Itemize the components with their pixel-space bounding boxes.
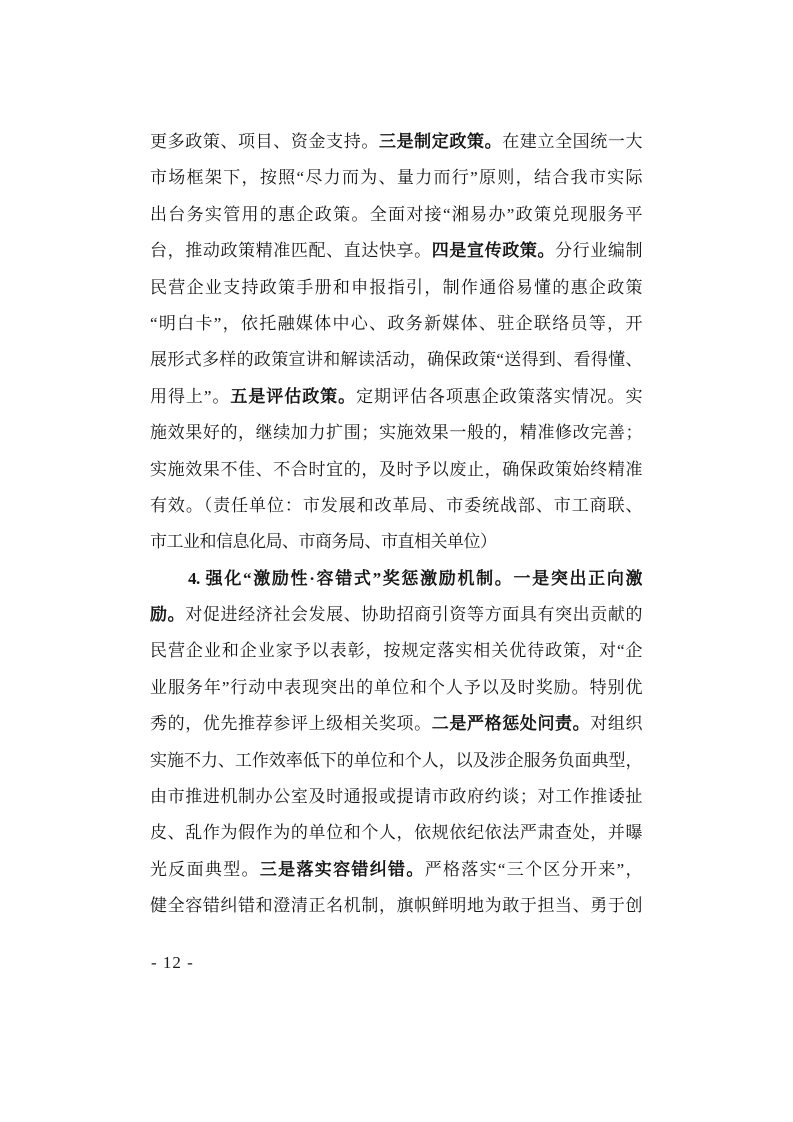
text-line: 实施不力、工作效率低下的单位和个人，以及涉企服务负面典型，: [150, 743, 642, 779]
text-line: “明白卡”，依托融媒体中心、政务新媒体、驻企联络员等，开: [150, 306, 642, 342]
text-run: 展形式多样的政策宣讲和解读活动，确保政策“送得到、看得懂、: [150, 350, 642, 369]
text-run: 市场框架下，按照“尽力而为、量力而行”原则，结合我市实际: [150, 168, 642, 187]
text-run: 台，推动政策精准匹配、直达快享。: [150, 241, 432, 260]
emphasis-text-run: 三是落实容错纠错。: [260, 860, 425, 879]
text-line: 民营企业支持政策手册和申报指引，制作通俗易懂的惠企政策: [150, 270, 642, 306]
emphasis-text-run: 4. 强化“激励性·容错式”奖惩激励机制。: [188, 569, 513, 588]
text-run: 严格落实“三个区分开来”，: [425, 860, 642, 879]
text-run: 业服务年”行动中表现突出的单位和个人予以及时奖励。特别优: [150, 678, 642, 697]
text-run: 更多政策、项目、资金支持。: [150, 132, 379, 151]
text-run: 对促进经济社会发展、协助招商引资等方面具有突出贡献的: [185, 605, 642, 624]
emphasis-text-run: 励。: [150, 605, 185, 624]
text-line: 秀的，优先推荐参评上级相关奖项。二是严格惩处问责。对组织: [150, 706, 642, 742]
text-run: 有效。（责任单位：市发展和改革局、市委统战部、市工商联、: [150, 496, 642, 515]
text-run: 实施效果不佳、不合时宜的，及时予以废止，确保政策始终精准: [150, 460, 642, 479]
text-line: 施效果好的，继续加力扩围；实施效果一般的，精准修改完善；: [150, 415, 642, 451]
text-line: 由市推进机制办公室及时通报或提请市政府约谈；对工作推诿扯: [150, 779, 642, 815]
text-line: 台，推动政策精准匹配、直达快享。四是宣传政策。分行业编制: [150, 233, 642, 269]
text-run: “明白卡”，依托融媒体中心、政务新媒体、驻企联络员等，开: [150, 314, 642, 333]
text-run: 市工业和信息化局、市商务局、市直相关单位）: [150, 532, 497, 551]
text-line: 实施效果不佳、不合时宜的，及时予以废止，确保政策始终精准: [150, 452, 642, 488]
text-line: 出台务实管用的惠企政策。全面对接“湘易办”政策兑现服务平: [150, 197, 642, 233]
text-run: 由市推进机制办公室及时通报或提请市政府约谈；对工作推诿扯: [150, 787, 642, 806]
text-run: 民营企业支持政策手册和申报指引，制作通俗易懂的惠企政策: [150, 278, 642, 297]
text-line: 有效。（责任单位：市发展和改革局、市委统战部、市工商联、: [150, 488, 642, 524]
document-body: 更多政策、项目、资金支持。三是制定政策。在建立全国统一大市场框架下，按照“尽力而…: [150, 124, 642, 925]
text-run: 施效果好的，继续加力扩围；实施效果一般的，精准修改完善；: [150, 423, 642, 442]
document-page: 更多政策、项目、资金支持。三是制定政策。在建立全国统一大市场框架下，按照“尽力而…: [0, 0, 793, 1122]
text-line: 健全容错纠错和澄清正名机制，旗帜鲜明地为敢于担当、勇于创: [150, 888, 642, 924]
emphasis-text-run: 三是制定政策。: [379, 132, 502, 151]
text-line: 市场框架下，按照“尽力而为、量力而行”原则，结合我市实际: [150, 160, 642, 196]
text-line: 市工业和信息化局、市商务局、市直相关单位）: [150, 524, 642, 560]
page-number: - 12 -: [151, 951, 194, 975]
text-run: 用得上”。: [150, 387, 230, 406]
text-run: 出台务实管用的惠企政策。全面对接“湘易办”政策兑现服务平: [150, 205, 642, 224]
text-run: 健全容错纠错和澄清正名机制，旗帜鲜明地为敢于担当、勇于创: [150, 896, 642, 915]
text-run: 皮、乱作为假作为的单位和个人，依规依纪依法严肃查处，并曝: [150, 823, 642, 842]
text-line: 励。对促进经济社会发展、协助招商引资等方面具有突出贡献的: [150, 597, 642, 633]
emphasis-text-run: 四是宣传政策。: [432, 241, 555, 260]
text-line: 光反面典型。三是落实容错纠错。严格落实“三个区分开来”，: [150, 852, 642, 888]
text-line: 皮、乱作为假作为的单位和个人，依规依纪依法严肃查处，并曝: [150, 815, 642, 851]
text-line: 用得上”。五是评估政策。定期评估各项惠企政策落实情况。实: [150, 379, 642, 415]
text-run: 秀的，优先推荐参评上级相关奖项。: [150, 714, 432, 733]
text-line: 业服务年”行动中表现突出的单位和个人予以及时奖励。特别优: [150, 670, 642, 706]
text-run: 在建立全国统一大: [502, 132, 642, 151]
text-run: 定期评估各项惠企政策落实情况。实: [356, 387, 642, 406]
text-run: 光反面典型。: [150, 860, 260, 879]
emphasis-text-run: 二是严格惩处问责。: [432, 714, 591, 733]
text-run: 对组织: [590, 714, 642, 733]
text-line: 民营企业和企业家予以表彰，按规定落实相关优待政策，对“企: [150, 633, 642, 669]
text-line: 更多政策、项目、资金支持。三是制定政策。在建立全国统一大: [150, 124, 642, 160]
text-line: 展形式多样的政策宣讲和解读活动，确保政策“送得到、看得懂、: [150, 342, 642, 378]
emphasis-text-run: 五是评估政策。: [230, 387, 356, 406]
emphasis-text-run: 一是突出正向激: [513, 569, 642, 588]
text-run: 民营企业和企业家予以表彰，按规定落实相关优待政策，对“企: [150, 641, 642, 660]
text-line: 4. 强化“激励性·容错式”奖惩激励机制。一是突出正向激: [150, 561, 642, 597]
text-run: 实施不力、工作效率低下的单位和个人，以及涉企服务负面典型，: [150, 751, 642, 770]
text-run: 分行业编制: [555, 241, 642, 260]
